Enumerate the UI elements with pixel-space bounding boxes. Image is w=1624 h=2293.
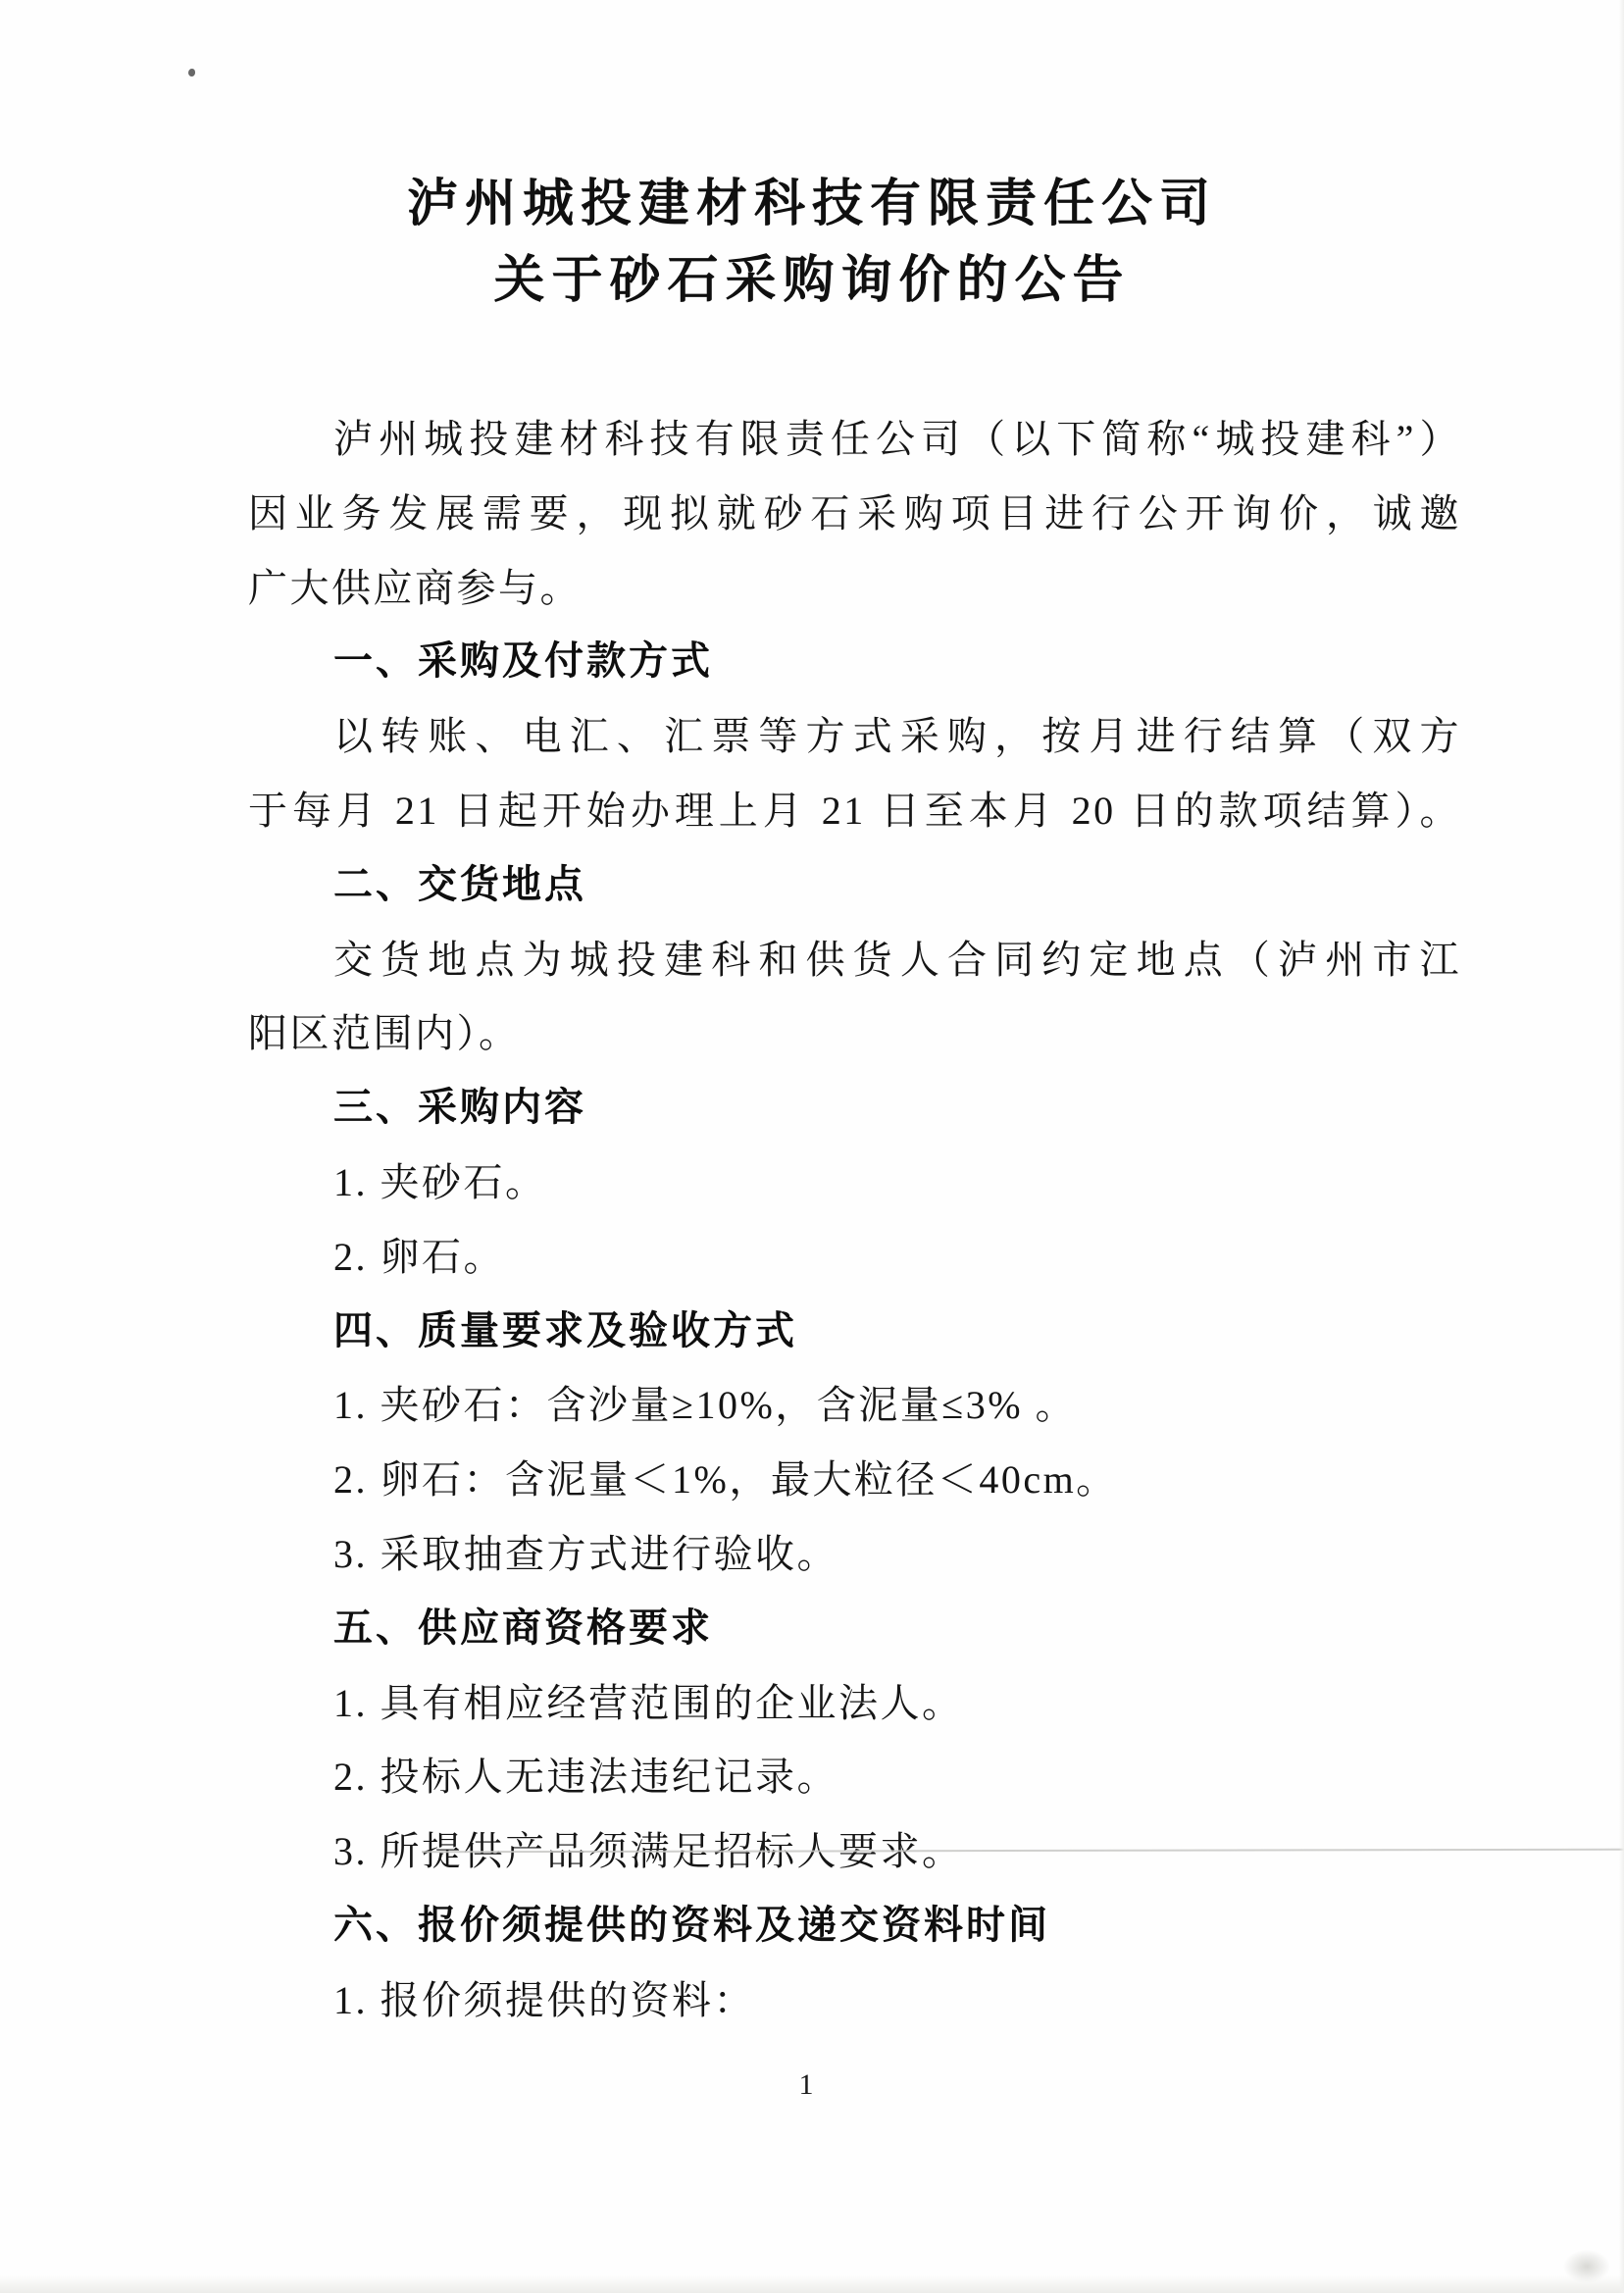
document-body: 泸州城投建材科技有限责任公司（以下简称“城投建科”）因业务发展需要，现拟就砂石采… [248,402,1461,2038]
body-line: 广大供应商参与。 [248,551,1461,626]
body-line: 1. 夹砂石。 [248,1146,1461,1220]
body-line: 1. 报价须提供的资料： [248,1963,1461,2038]
body-line: 1. 具有相应经营范围的企业法人。 [248,1666,1461,1741]
body-line: 泸州城投建材科技有限责任公司（以下简称“城投建科”） [248,402,1461,477]
section-heading: 四、质量要求及验收方式 [248,1295,1461,1369]
title-line-2: 关于砂石采购询价的公告 [0,243,1624,320]
section-heading: 二、交货地点 [248,848,1461,923]
page-bottom-edge [0,2275,1624,2293]
section-heading: 三、采购内容 [248,1071,1461,1146]
body-line: 以转账、电汇、汇票等方式采购，按月进行结算（双方 [248,699,1461,774]
body-line: 2. 卵石。 [248,1220,1461,1295]
document-page: 泸州城投建材科技有限责任公司 关于砂石采购询价的公告 泸州城投建材科技有限责任公… [0,0,1624,2293]
document-title: 泸州城投建材科技有限责任公司 关于砂石采购询价的公告 [0,167,1624,320]
scan-artifact-dot [188,69,195,76]
title-line-1: 泸州城投建材科技有限责任公司 [0,167,1624,243]
body-line: 3. 采取抽查方式进行验收。 [248,1517,1461,1592]
body-line: 交货地点为城投建科和供货人合同约定地点（泸州市江 [248,923,1461,997]
body-line: 于每月 21 日起开始办理上月 21 日至本月 20 日的款项结算）。 [248,774,1461,848]
page-number: 1 [0,2065,1612,2105]
section-heading: 五、供应商资格要求 [248,1592,1461,1666]
page-right-edge [1619,0,1624,2293]
body-line: 1. 夹砂石：含沙量≥10%，含泥量≤3% 。 [248,1368,1461,1443]
section-heading: 一、采购及付款方式 [248,625,1461,699]
section-heading: 六、报价须提供的资料及递交资料时间 [248,1889,1461,1963]
body-line: 因业务发展需要，现拟就砂石采购项目进行公开询价，诚邀 [248,477,1461,551]
body-line: 2. 投标人无违法违纪记录。 [248,1740,1461,1814]
body-line: 2. 卵石：含泥量＜1%，最大粒径＜40cm。 [248,1443,1461,1517]
body-line: 阳区范围内）。 [248,996,1461,1071]
